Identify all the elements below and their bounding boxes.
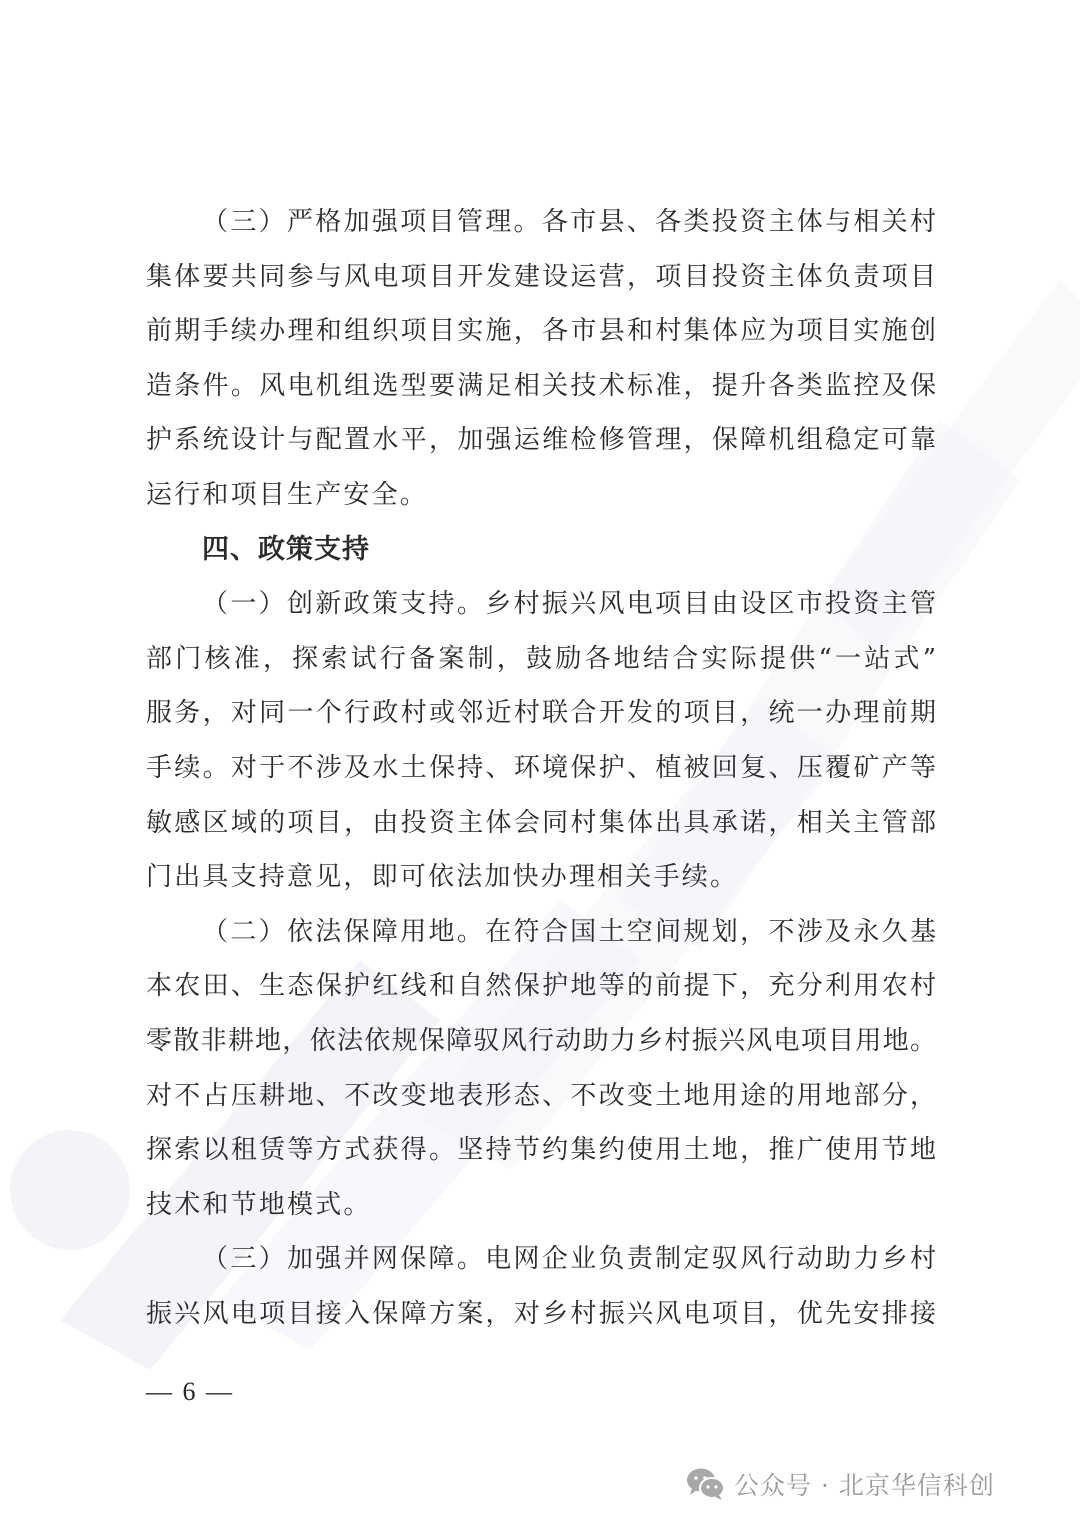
doc-line: 集体要共同参与风电项目开发建设运营，项目投资主体负责项目 <box>146 255 936 310</box>
footer-source-label: 公众号 · 北京华信科创 <box>734 1466 995 1502</box>
footer-source: 公众号 · 北京华信科创 <box>686 1466 995 1502</box>
wechat-icon <box>686 1467 726 1501</box>
section-heading: 四、政策支持 <box>146 528 936 583</box>
doc-line: 手续。对于不涉及水土保持、环境保护、植被回复、压覆矿产等 <box>146 746 936 801</box>
doc-line: 造条件。风电机组选型要满足相关技术标准，提升各类监控及保 <box>146 364 936 419</box>
doc-line: 振兴风电项目接入保障方案，对乡村振兴风电项目，优先安排接 <box>146 1292 936 1347</box>
doc-line: 对不占压耕地、不改变地表形态、不改变土地用途的用地部分， <box>146 1074 936 1129</box>
doc-line: （三）严格加强项目管理。各市县、各类投资主体与相关村 <box>146 200 936 255</box>
doc-line: 敏感区域的项目，由投资主体会同村集体出具承诺，相关主管部 <box>146 801 936 856</box>
doc-line: 本农田、生态保护红线和自然保护地等的前提下，充分利用农村 <box>146 964 936 1019</box>
doc-line: 运行和项目生产安全。 <box>146 473 936 528</box>
doc-line: 探索以租赁等方式获得。坚持节约集约使用土地，推广使用节地 <box>146 1128 936 1183</box>
doc-line: 零散非耕地，依法依规保障驭风行动助力乡村振兴风电项目用地。 <box>146 1019 936 1074</box>
doc-line: 护系统设计与配置水平，加强运维检修管理，保障机组稳定可靠 <box>146 418 936 473</box>
doc-line: 前期手续办理和组织项目实施，各市县和村集体应为项目实施创 <box>146 309 936 364</box>
doc-line: （一）创新政策支持。乡村振兴风电项目由设区市投资主管 <box>146 582 936 637</box>
document-body: （三）严格加强项目管理。各市县、各类投资主体与相关村 集体要共同参与风电项目开发… <box>146 200 936 1346</box>
doc-line: （二）依法保障用地。在符合国土空间规划，不涉及永久基 <box>146 910 936 965</box>
doc-line: （三）加强并网保障。电网企业负责制定驭风行动助力乡村 <box>146 1237 936 1292</box>
doc-line: 部门核准，探索试行备案制，鼓励各地结合实际提供“一站式” <box>146 637 936 692</box>
doc-line: 技术和节地模式。 <box>146 1183 936 1238</box>
watermark-logo-circle <box>10 1130 130 1250</box>
doc-line: 门出具支持意见，即可依法加快办理相关手续。 <box>146 855 936 910</box>
doc-line: 服务，对同一个行政村或邻近村联合开发的项目，统一办理前期 <box>146 691 936 746</box>
page-number: — 6 — <box>146 1377 234 1407</box>
